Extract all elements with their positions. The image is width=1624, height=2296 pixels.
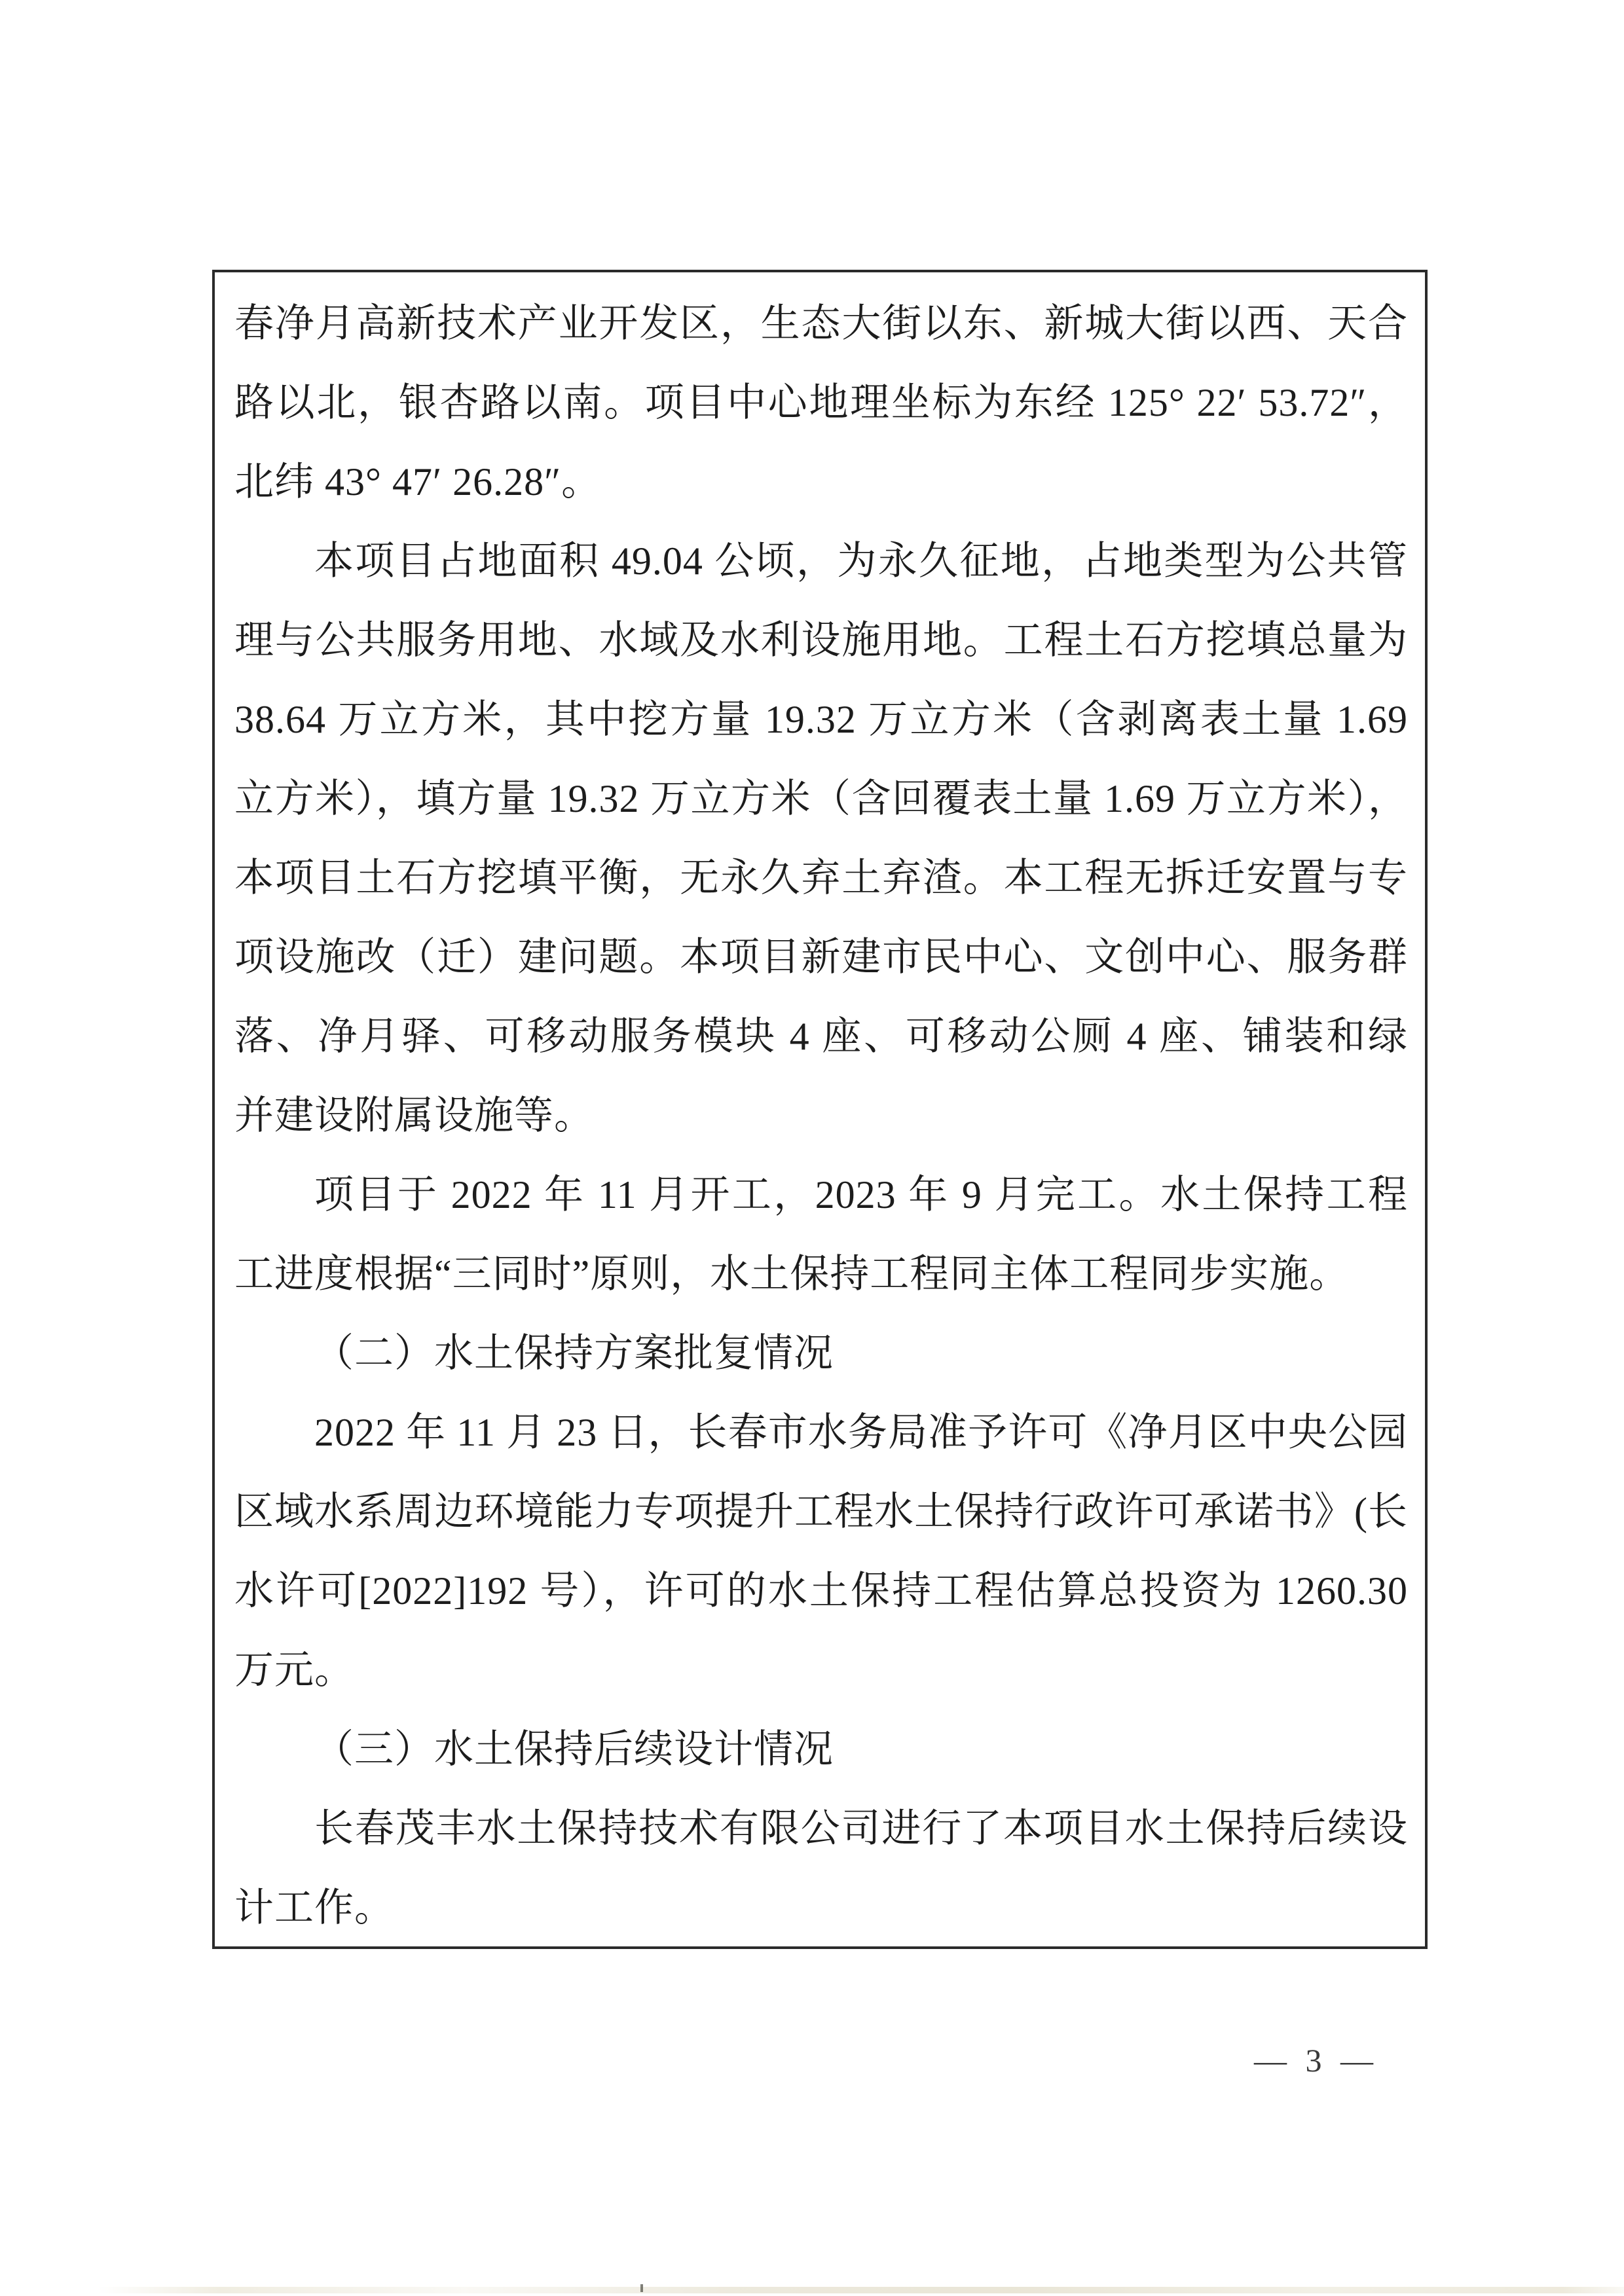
text-line: 2022 年 11 月 23 日，长春市水务局准予许可《净月区中央公园 (234, 1393, 1408, 1472)
text-line: 本项目占地面积 49.04 公顷，为永久征地，占地类型为公共管 (234, 522, 1408, 601)
text-line: 落、净月驿、可移动服务模块 4 座、可移动公厕 4 座、铺装和绿化、 (234, 997, 1408, 1076)
text-line: （二）水土保持方案批复情况 (234, 1314, 1408, 1393)
text-line: 长春茂丰水土保持技术有限公司进行了本项目水土保持后续设 (234, 1789, 1408, 1868)
scan-artifact-strip (98, 2287, 1624, 2293)
document-border-frame: 春净月高新技术产业开发区，生态大街以东、新城大街以西、天合路以北，银杏路以南。项… (212, 270, 1428, 1949)
text-line: 路以北，银杏路以南。项目中心地理坐标为东经 125° 22′ 53.72″， (234, 363, 1408, 443)
text-line: 区域水系周边环境能力专项提升工程水土保持行政许可承诺书》(长 (234, 1472, 1408, 1552)
text-line: 项设施改（迁）建问题。本项目新建市民中心、文创中心、服务群 (234, 918, 1408, 997)
text-line: （三）水土保持后续设计情况 (234, 1710, 1408, 1789)
page-number: — 3 — (1238, 2037, 1395, 2083)
text-line: 立方米），填方量 19.32 万立方米（含回覆表土量 1.69 万立方米）， (234, 759, 1408, 839)
text-line: 理与公共服务用地、水域及水利设施用地。工程土石方挖填总量为 (234, 601, 1408, 680)
text-line: 万元。 (234, 1631, 1408, 1710)
text-line: 春净月高新技术产业开发区，生态大街以东、新城大街以西、天合 (234, 284, 1408, 363)
text-line: 本项目土石方挖填平衡，无永久弃土弃渣。本工程无拆迁安置与专 (234, 839, 1408, 918)
document-body-text: 春净月高新技术产业开发区，生态大街以东、新城大街以西、天合路以北，银杏路以南。项… (234, 284, 1408, 1946)
text-line: 项目于 2022 年 11 月开工，2023 年 9 月完工。水土保持工程施 (234, 1156, 1408, 1235)
text-line: 水许可[2022]192 号），许可的水土保持工程估算总投资为 1260.30 (234, 1552, 1408, 1631)
text-line: 工进度根据“三同时”原则，水土保持工程同主体工程同步实施。 (234, 1235, 1408, 1314)
text-line: 计工作。 (234, 1868, 1408, 1948)
text-line: 38.64 万立方米，其中挖方量 19.32 万立方米（含剥离表土量 1.69 … (234, 680, 1408, 759)
scan-artifact-speck (640, 2284, 643, 2292)
text-line: 北纬 43° 47′ 26.28″。 (234, 443, 1408, 522)
text-line: 并建设附属设施等。 (234, 1076, 1408, 1156)
scanned-document-page: 春净月高新技术产业开发区，生态大街以东、新城大街以西、天合路以北，银杏路以南。项… (0, 0, 1624, 2296)
